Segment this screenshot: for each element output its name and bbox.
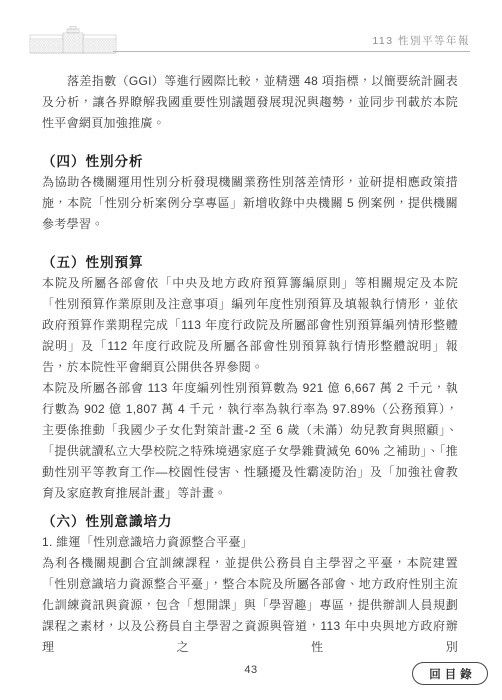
section-5-paragraph-2: 本院及所屬各部會 113 年度編列性別預算數為 921 億 6,667 萬 2 … [42, 378, 458, 504]
report-title: 113 性別平等年報 [372, 33, 470, 48]
section-heading-4: （四）性別分析 [42, 152, 458, 172]
continued-paragraph: 落差指數（GGI）等進行國際比較，並精選 48 項指標，以簡要統計圖表及分析，讓… [42, 71, 458, 134]
section-4-paragraph: 為協助各機關運用性別分析發現機關業務性別落差情形，並研提相應政策措施，本院「性別… [42, 172, 458, 235]
page-body: 落差指數（GGI）等進行國際比較，並精選 48 項指標，以簡要統計圖表及分析，讓… [42, 71, 458, 658]
back-to-toc-button[interactable]: 回目錄 [412, 662, 488, 685]
report-page: 113 性別平等年報 落差指數（GGI）等進行國際比較，並精選 48 項指標，以… [0, 0, 502, 700]
section-6-list-item-1: 1. 維運「性別意識培力資源整合平臺」 [42, 532, 458, 553]
section-5-paragraph-1: 本院及所屬各部會依「中央及地方政府預算籌編原則」等相關規定及本院「性別預算作業原… [42, 273, 458, 378]
section-heading-5: （五）性別預算 [42, 253, 458, 273]
section-heading-6: （六）性別意識培力 [42, 512, 458, 532]
section-6-paragraph-1: 為利各機關規劃合宜訓練課程，並提供公務員自主學習之平臺，本院建置「性別意識培力資… [42, 553, 458, 658]
header-rule [113, 51, 470, 52]
government-building-icon [29, 26, 117, 54]
